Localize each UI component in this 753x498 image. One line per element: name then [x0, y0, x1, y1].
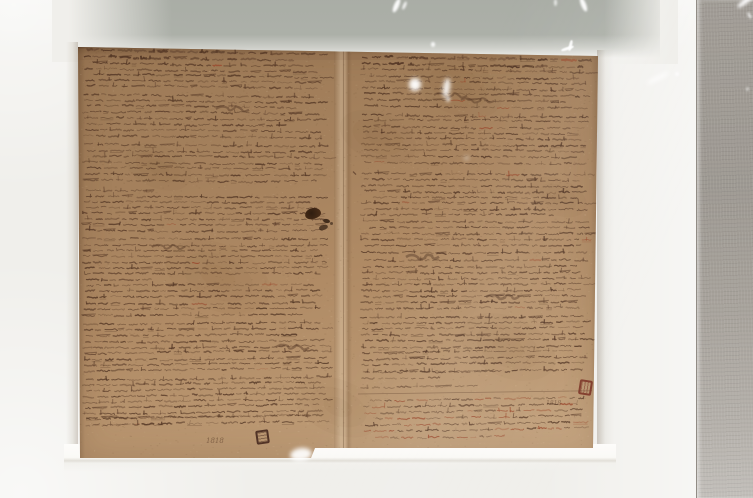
glass-reflection [409, 78, 421, 91]
wall-light-streak [736, 0, 753, 9]
glass-reflection [464, 156, 469, 160]
ink-blot-main [304, 207, 321, 220]
glass-reflection [431, 42, 435, 47]
ink-blot [305, 208, 339, 238]
ink-blot-splatter [330, 222, 333, 225]
glass-reflection [675, 72, 679, 76]
manuscript-paper [78, 47, 598, 459]
glass-reflection [446, 96, 450, 102]
wall-light-streak [746, 12, 752, 20]
photo-of-framed-manuscript [0, 0, 753, 498]
handwriting-texture [78, 47, 598, 459]
frame-mat [0, 0, 697, 498]
mat-bevel-right [597, 50, 619, 450]
mat-bevel-left [66, 42, 78, 456]
seal-stamp-left-page [255, 429, 270, 445]
glass-reflection [646, 71, 669, 85]
seal-stamp-right-page [578, 379, 593, 396]
wall-light-dot [746, 87, 749, 91]
gallery-wall [696, 0, 753, 498]
ink-blot-splatter [319, 224, 329, 231]
